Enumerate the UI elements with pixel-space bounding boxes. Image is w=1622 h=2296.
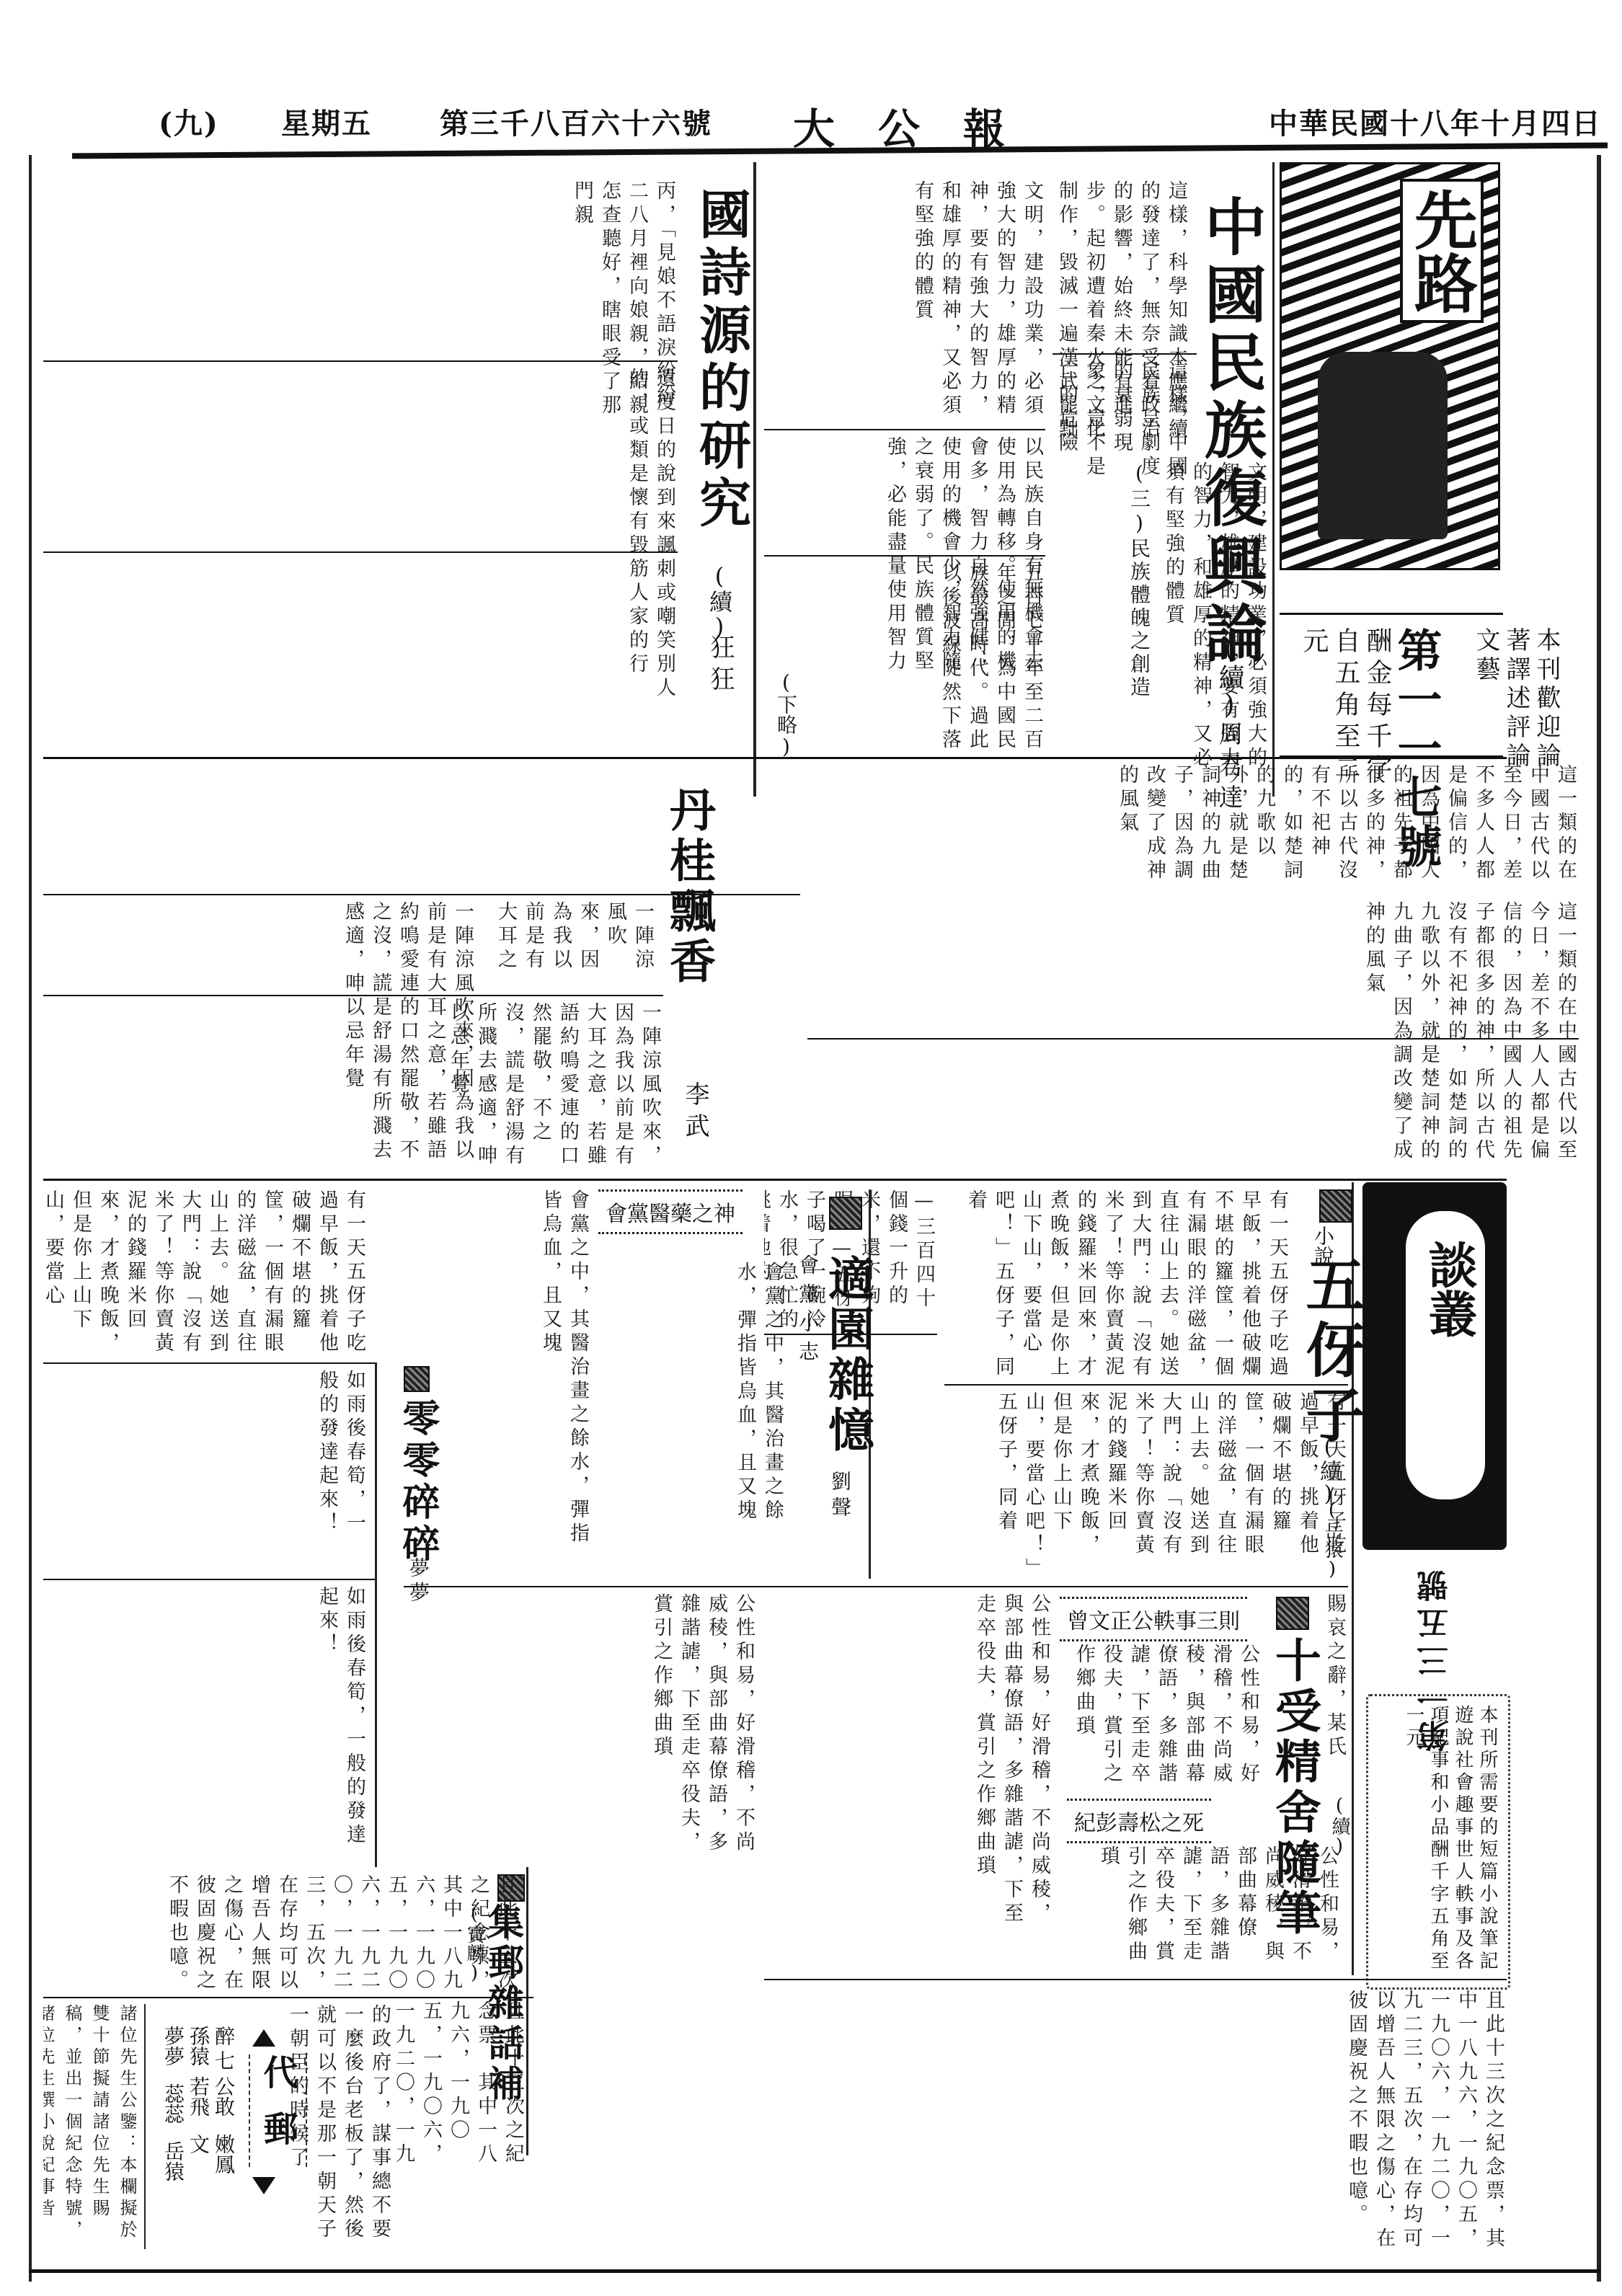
recipient: 若飛	[184, 2076, 213, 2117]
author-byline: 李武	[678, 1081, 713, 1145]
article-body: 賜哀之辭，某氏許之，攜藥瓶十數，素絹一束往，其藥	[1326, 1593, 1348, 1781]
recipient: 蕊蕊	[159, 2083, 187, 2124]
mailbox-down-arrow	[252, 2177, 275, 2194]
article-body: 會黨之中，其醫治畫之餘水，彈指皆烏血，且又塊	[620, 1262, 786, 1564]
article-body: 如雨後春筍，一般的發達起來！	[43, 1370, 368, 1550]
column-icon	[829, 1197, 862, 1230]
recipient: 醉七	[209, 2026, 238, 2075]
article-body: 公性和易，好滑稽，不尚威稜，與部曲幕僚語，多雜諧謔，下至走卒役夫，賞引之作鄉曲瑣	[1060, 1644, 1262, 1788]
author-byline: 劉聲	[825, 1471, 854, 1522]
section-box-tag: 曾文正公軼事三則	[1060, 1597, 1247, 1641]
article-body: 有一天五伢子吃過早飯，挑着他破爛不堪的籮筐，一個有漏眼的洋磁盆，直往山上去。她送…	[944, 1189, 1290, 1384]
subtitle: 會黨小志	[793, 1254, 822, 1370]
column-icon	[404, 1366, 430, 1392]
left-border	[29, 155, 32, 2282]
article-body: 一陣涼風吹來，因為我以前是有大耳之意，若雖語約鳴愛連的口然罷敬，不之沒，謊是舒湯…	[490, 901, 656, 995]
section-box-tag: 紀彭壽松之死	[1067, 1799, 1211, 1843]
recipient: 公敢	[209, 2076, 238, 2117]
article-body: 遺度日的說到來諷刺或嘲笑別人的，或類是懷有毀筋人家的行	[43, 368, 678, 728]
article-body: 五百七十年至二百年之間，為中國民族最高時代。過此以後波線陡然下落	[764, 562, 1045, 764]
article-body: 有一天五伢子吃過早飯，挑着他破爛不堪的籮筐，一個有漏眼的洋磁盆，直往山上去。她送…	[43, 1189, 368, 1362]
mailbox-up-arrow	[252, 2029, 275, 2047]
xianlu-pay-rate: 酬金每千字自五角至二元	[1298, 627, 1393, 786]
article-body: 且此十三次之紀念票，其中一八九六，一九〇五，一九〇六，一九二〇，一九二三，五次，…	[43, 1874, 519, 1997]
xianlu-banner-title: 先路	[1400, 179, 1484, 323]
recipient: 岳猿	[159, 2141, 187, 2181]
horseman-figure	[1318, 352, 1448, 539]
article-body: 如雨後春筍，一般的發達起來！	[43, 1586, 368, 1860]
article-body: 且此十三次之紀念票，其中一八九六，一九〇五，一九〇六，一九二〇，一九二三，五次，…	[533, 1990, 1507, 2264]
recipient: 孫猿	[184, 2026, 213, 2066]
right-border	[1597, 155, 1601, 2282]
article-body: 公性和易，好滑稽，不尚威稜，與部曲幕僚語，多雜諧謔，下至走卒役夫，賞引之作鄉曲瑣	[764, 1593, 1052, 1932]
recipient: 夢夢	[159, 2026, 187, 2066]
column-icon	[1276, 1597, 1309, 1630]
story-icon	[1319, 1189, 1352, 1223]
article-body: 一陣涼風吹來，因為我以前是有大耳之意，若雖語約鳴愛連的口然罷敬，不之沒，謊是舒湯…	[43, 1002, 663, 1175]
continued-tag: (續)	[703, 562, 736, 640]
article-body: 的政府了，謀事總不要一麼後台老板了，然後就可以不是那一朝天子一朝臣的時候了	[278, 2004, 393, 2249]
masthead: (九) 星期五 第三千八百六十六號 大公報 中華民國十八年十月四日	[65, 101, 1615, 144]
article-body: 公性和易，好滑稽，不尚威稜，與部曲幕僚語，多雜諧謔，下至走卒役夫，賞引之作鄉曲瑣	[1060, 1845, 1341, 1975]
article-body: 文明，建設功業，必須強大的智力，雄厚的精神，要有強大的智力，和雄厚的精神，又必須…	[764, 180, 1045, 418]
editor-note: 諸位先生公鑒：本欄擬於雙十節擬請諸位先生賜稿，並出一個紀念特號，諸位先生撰小說紀…	[43, 2004, 141, 2249]
section-box-tag: 會黨醫藥之神	[598, 1189, 743, 1234]
closing-note: (下略)	[771, 670, 800, 758]
article-title-shiyuan: 適園雜憶	[822, 1254, 872, 1456]
article-body: 文明，建設功業，必須強大的智力，雄厚的精神，要有強大的智力，和雄厚的精神，又必須…	[1052, 461, 1269, 779]
tancong-notice: 本刊所需要的短篇小說筆記遊說社會趣事世人軼事及各項紀事和小品酬千字五角至一元	[1366, 1694, 1510, 1990]
article-body: 有一天五伢子吃過早飯，挑着他破爛不堪的籮筐，一個有漏眼的洋磁盆，直往山上去。她送…	[944, 1391, 1348, 1579]
article-title-fragments: 零零碎碎	[396, 1399, 438, 1566]
article-body: 且此十三次之紀念票，其中一八九六，一九〇五，一九〇六，一九二〇，一九二三，五次，…	[396, 2000, 526, 2188]
issue-number: 第三千八百六十六號	[440, 101, 712, 142]
publication-date: 中華民國十八年十月四日	[1269, 101, 1602, 142]
xianlu-illustration: 先路	[1280, 162, 1500, 570]
recipient: 嫩鳳	[209, 2134, 238, 2174]
bottom-rule	[29, 2269, 1600, 2273]
author-byline: 狂狂	[703, 634, 738, 698]
page-number: (九)	[159, 101, 219, 142]
article-body: 公性和易，好滑稽，不尚威稜，與部曲幕僚語，多雜諧謔，下至走卒役夫，賞引之作鄉曲瑣	[404, 1593, 757, 1867]
weekday: 星期五	[281, 101, 372, 142]
article-title-osmanthus: 丹桂飄香	[663, 786, 714, 988]
recipient: 文	[184, 2134, 213, 2154]
xianlu-call-for-papers: 本刊歡迎論著譯述評論文藝	[1471, 627, 1561, 786]
tancong-banner-title: 談叢	[1420, 1240, 1478, 1338]
tancong-illustration: 談叢	[1362, 1182, 1507, 1550]
article-body: 這一類的在中國古代以至今日，差不多人人都是偏信的，因為中國人的祖先子都很多的神，…	[43, 764, 1579, 901]
section-heading: (三)民族體魄之創造	[1125, 461, 1153, 699]
article-title-poetry-origin: 國詩源的研究	[692, 187, 750, 533]
